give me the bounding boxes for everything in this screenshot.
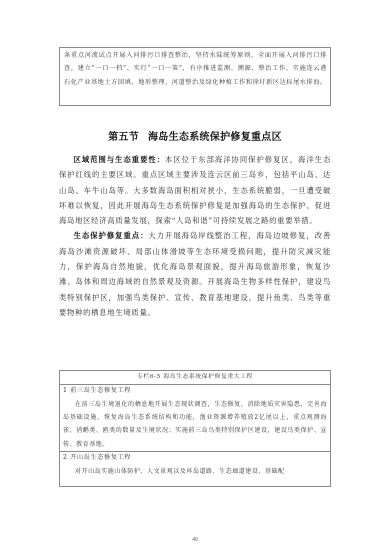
- column-item-title: 1 前三岛生态修复工程: [63, 385, 327, 398]
- paragraph-text: 本区位于东部海洋协同保护修复区，海洋生态保护红线的主要区域。重点区域主要涉及连云…: [59, 155, 331, 225]
- section-heading: 第五节海岛生态系统保护修复重点区: [0, 128, 390, 143]
- paragraph-restoration-focus: 生态保护修复重点：大力开展海岛岸线整治工程，海岛边坡修复，改善海岛沙滩资源破坏、…: [59, 228, 331, 320]
- column-item-text: 对开山岛实施山体防护、人文景观以及环岛道路、生态廊道建设、基础配: [63, 465, 327, 478]
- document-page: 条重点河流试点开展入河排污口排查整治，坚持水陆统筹原则，全面开展入河排污口排查，…: [0, 0, 390, 551]
- feature-column-box: 专栏6-5 海岛生态系统保护修复重大工程 1 前三岛生态修复工程 在前三岛生境退…: [59, 370, 331, 487]
- continued-column-box: 条重点河流试点开展入河排污口排查整治，坚持水陆统筹原则，全面开展入河排污口排查，…: [59, 47, 331, 106]
- continued-box-text: 条重点河流试点开展入河排污口排查整治，坚持水陆统筹原则，全面开展入河排污口排查，…: [64, 49, 327, 89]
- section-number: 第五节: [108, 132, 139, 143]
- column-item-qiansan-island: 1 前三岛生态修复工程 在前三岛生境退化的栖息地开展生态现状调查，生态修复，消除…: [60, 385, 330, 451]
- column-item-text: 在前三岛生境退化的栖息地开展生态现状调查，生态修复，消除地质灾害隐患，完善海岛基…: [63, 398, 327, 452]
- column-item-title: 2 开山岛生态修复工程: [63, 452, 327, 465]
- paragraph-lead: 生态保护修复重点：: [74, 231, 149, 240]
- body-text: 区域范围与生态重要性：本区位于东部海洋协同保护修复区，海洋生态保护红线的主要区域…: [59, 152, 331, 320]
- paragraph-text: 大力开展海岛岸线整治工程，海岛边坡修复，改善海岛沙滩资源破坏、局部山体滑坡等生态…: [59, 231, 331, 316]
- section-title: 海岛生态系统保护修复重点区: [148, 132, 282, 143]
- column-item-kaishan-island: 2 开山岛生态修复工程 对开山岛实施山体防护、人文景观以及环岛道路、生态廊道建设…: [60, 451, 330, 478]
- column-box-title: 专栏6-5 海岛生态系统保护修复重大工程: [60, 371, 330, 385]
- page-number: 40: [0, 537, 390, 543]
- paragraph-lead: 区域范围与生态重要性：: [74, 155, 165, 164]
- paragraph-region-scope: 区域范围与生态重要性：本区位于东部海洋协同保护修复区，海洋生态保护红线的主要区域…: [59, 152, 331, 228]
